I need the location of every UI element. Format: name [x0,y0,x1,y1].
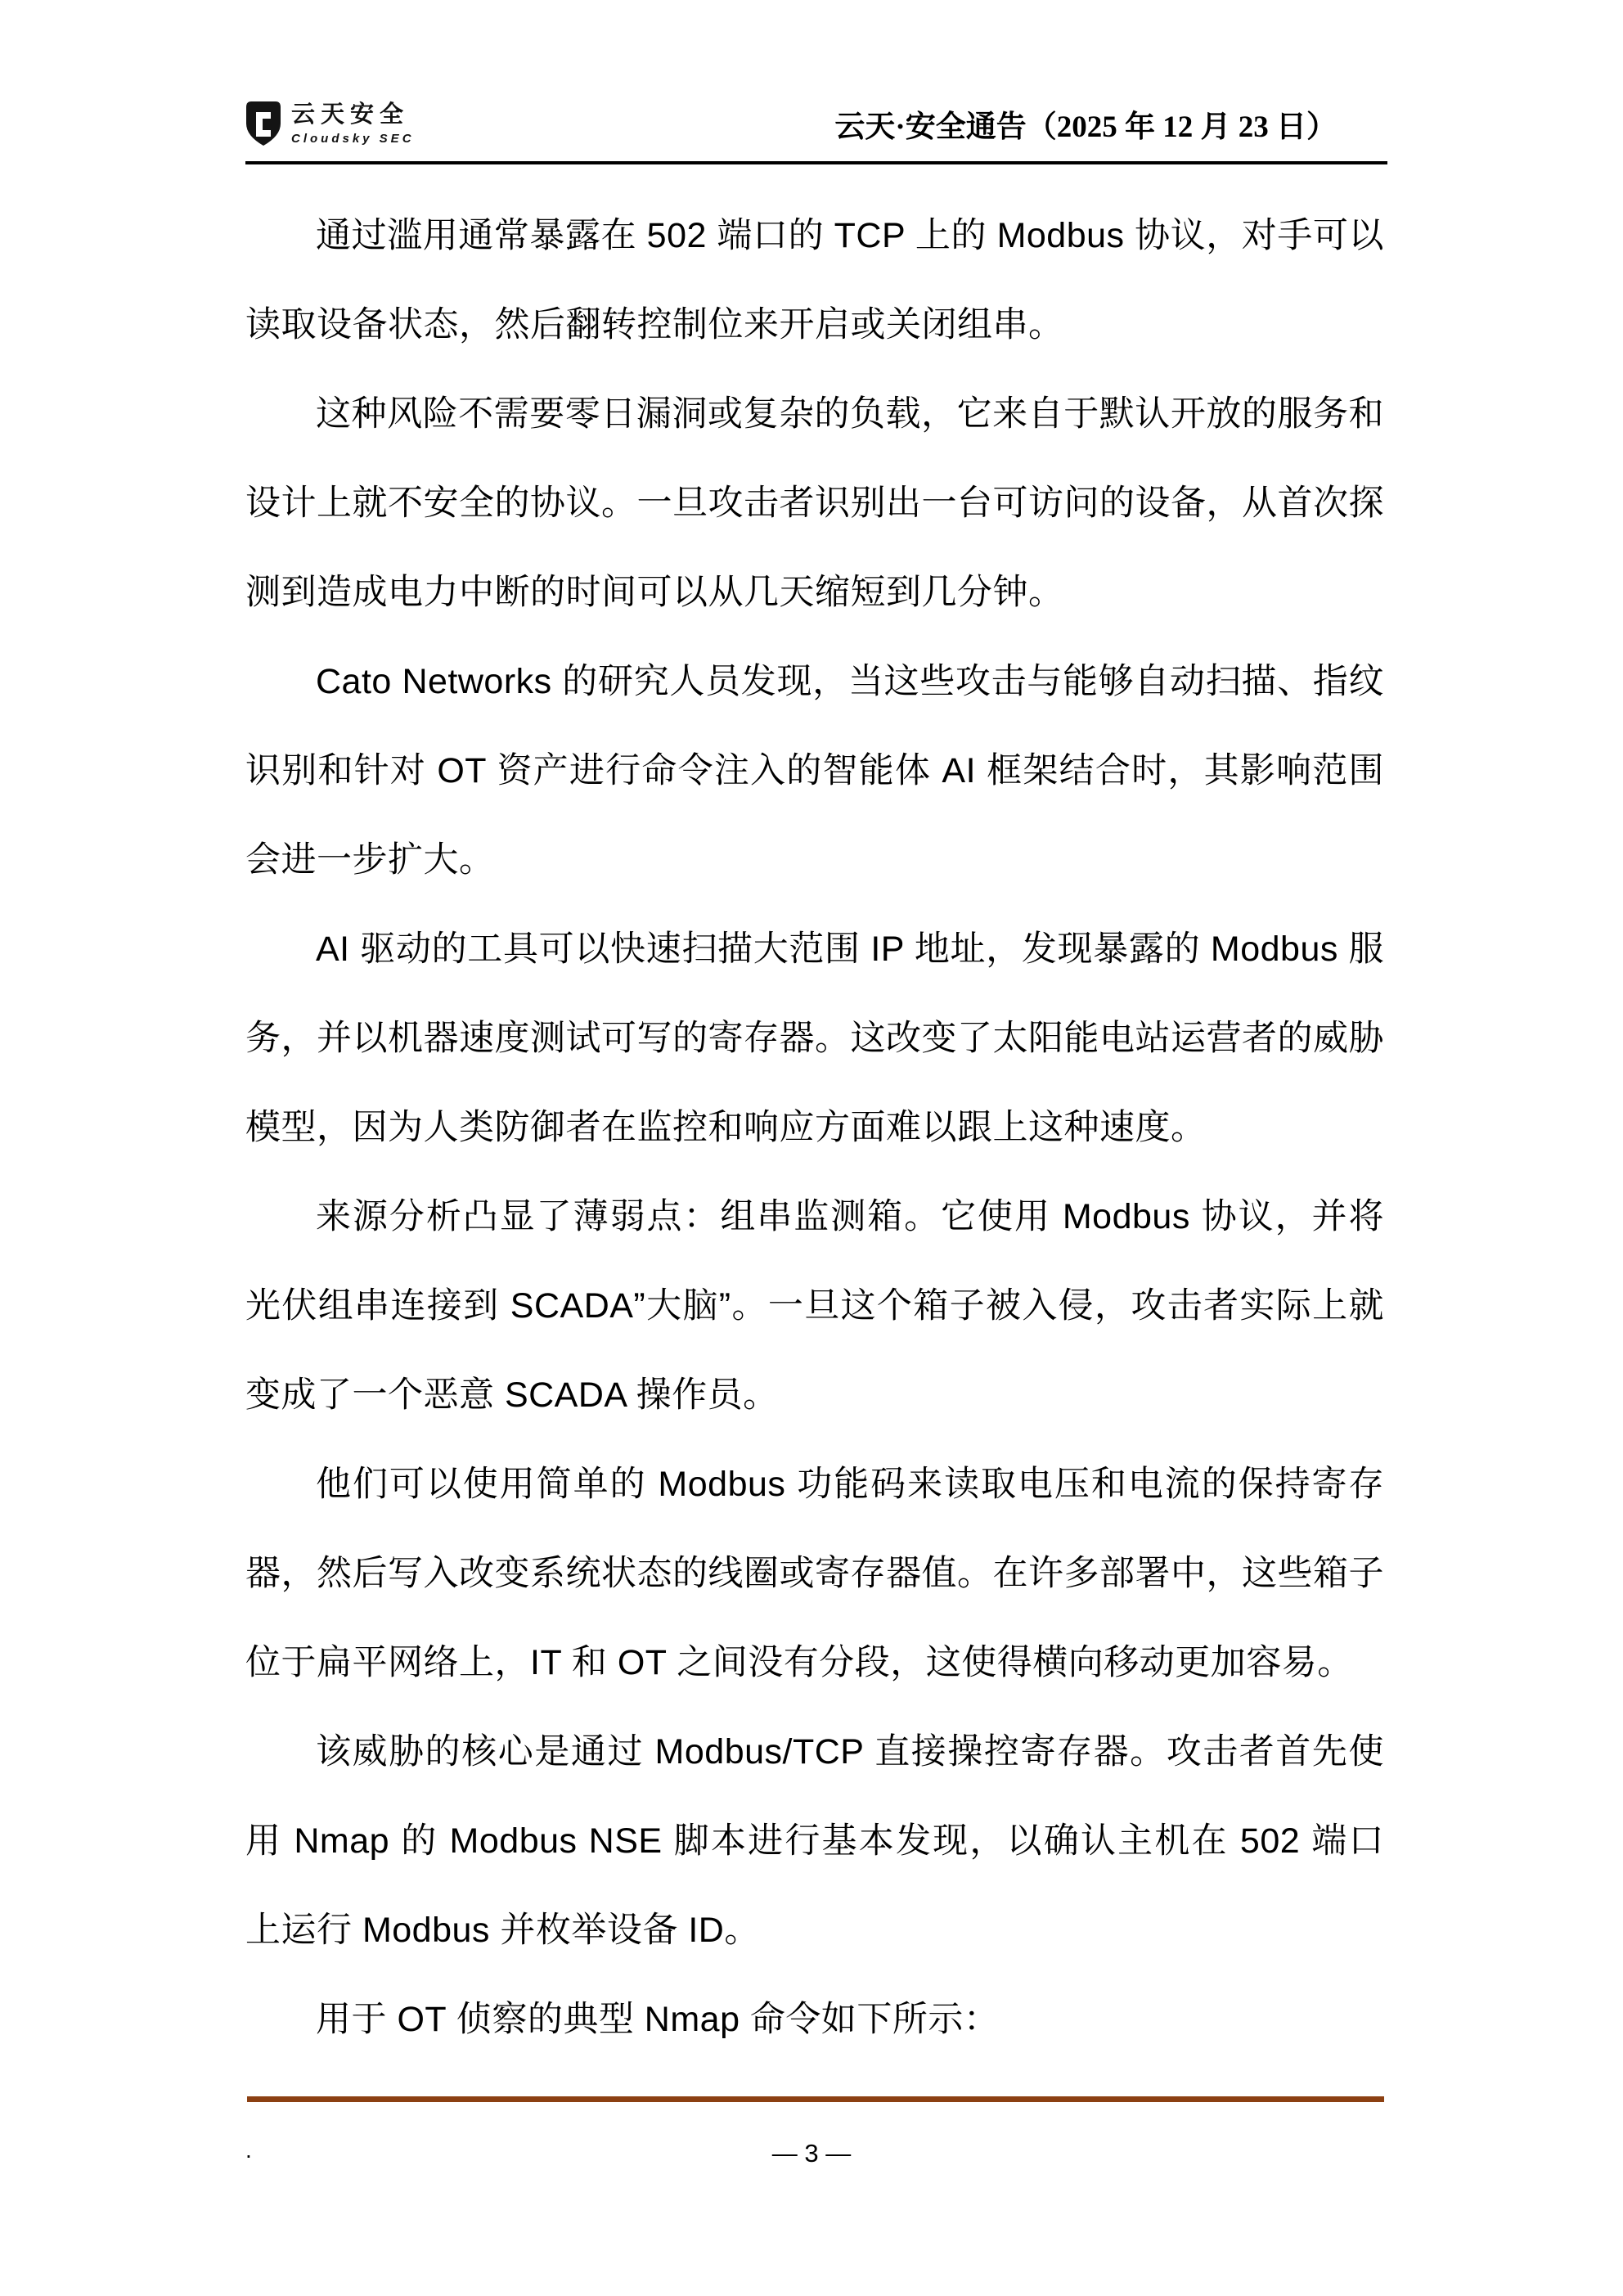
shield-logo-icon [245,100,281,147]
body-paragraph: 他们可以使用简单的 Modbus 功能码来读取电压和电流的保持寄存器，然后写入改… [245,1440,1384,1708]
document-body: 通过滥用通常暴露在 502 端口的 TCP 上的 Modbus 协议，对手可以读… [245,191,1384,2064]
brand-text: 云天安全 Cloudsky SEC [291,103,415,145]
document-page: 云天安全 Cloudsky SEC 云天·安全通告（2025 年 12 月 23… [0,0,1623,2296]
body-paragraph: AI 驱动的工具可以快速扫描大范围 IP 地址，发现暴露的 Modbus 服务，… [245,905,1384,1173]
brand-name-en: Cloudsky SEC [291,133,415,145]
body-paragraph: 该威胁的核心是通过 Modbus/TCP 直接操控寄存器。攻击者首先使用 Nma… [245,1708,1384,1975]
company-logo: 云天安全 Cloudsky SEC [245,100,415,152]
body-paragraph: 用于 OT 侦察的典型 Nmap 命令如下所示： [245,1975,1384,2064]
body-paragraph: Cato Networks 的研究人员发现，当这些攻击与能够自动扫描、指纹识别和… [245,637,1384,905]
header-divider [245,161,1387,164]
body-paragraph: 通过滥用通常暴露在 502 端口的 TCP 上的 Modbus 协议，对手可以读… [245,191,1384,370]
bulletin-title: 云天·安全通告（2025 年 12 月 23 日） [834,101,1384,152]
footer-divider [247,2096,1384,2102]
body-paragraph: 这种风险不需要零日漏洞或复杂的负载，它来自于默认开放的服务和设计上就不安全的协议… [245,370,1384,637]
body-paragraph: 来源分析凸显了薄弱点：组串监测箱。它使用 Modbus 协议，并将光伏组串连接到… [245,1173,1384,1440]
page-number: — 3 — [0,2137,1623,2170]
brand-name-cn: 云天安全 [291,103,415,127]
page-header: 云天安全 Cloudsky SEC 云天·安全通告（2025 年 12 月 23… [245,88,1384,152]
